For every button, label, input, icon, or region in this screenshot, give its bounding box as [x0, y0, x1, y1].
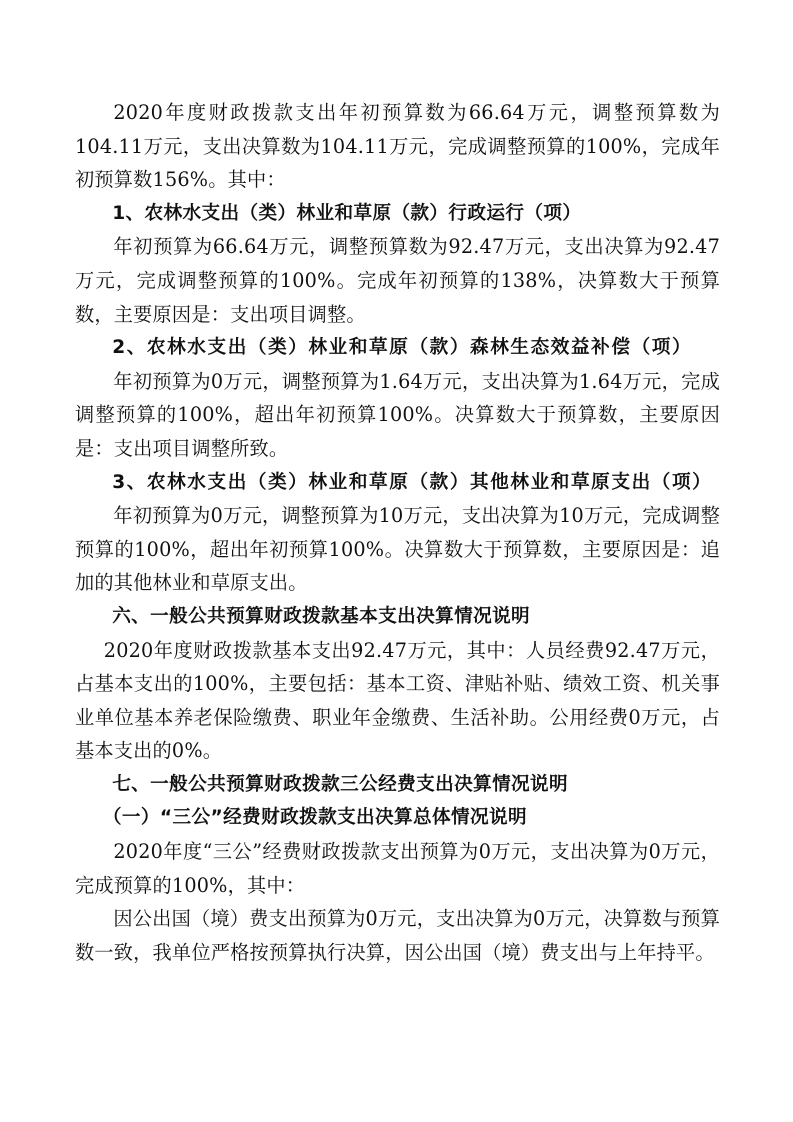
paragraph-overseas-travel: 因公出国（境）费支出预算为0万元，支出决算为0万元，决算数与预算数一致，我单位严…	[75, 902, 720, 969]
document-page: 2020年度财政拨款支出年初预算数为66.64万元，调整预算数为104.11万元…	[75, 96, 720, 969]
heading-section-6-basic-expenditure: 六、一般公共预算财政拨款基本支出决算情况说明	[75, 600, 720, 634]
paragraph-item-3: 年初预算为0万元，调整预算为10万元，支出决算为10万元，完成调整预算的100%…	[75, 499, 720, 600]
heading-item-1-administrative-operation: 1、农林水支出（类）林业和草原（款）行政运行（项）	[75, 197, 720, 231]
paragraph-three-public-overall: 2020年度“三公”经费财政拨款支出预算为0万元，支出决算为0万元，完成预算的1…	[75, 835, 720, 902]
paragraph-budget-summary: 2020年度财政拨款支出年初预算数为66.64万元，调整预算数为104.11万元…	[75, 96, 720, 197]
heading-section-7-three-public-expenses: 七、一般公共预算财政拨款三公经费支出决算情况说明	[75, 768, 720, 802]
heading-item-3-other-forestry-expenditure: 3、农林水支出（类）林业和草原（款）其他林业和草原支出（项）	[75, 466, 720, 500]
paragraph-item-2: 年初预算为0万元，调整预算为1.64万元，支出决算为1.64万元，完成调整预算的…	[75, 365, 720, 466]
paragraph-item-1: 年初预算为66.64万元，调整预算数为92.47万元，支出决算为92.47万元，…	[75, 230, 720, 331]
heading-item-2-forest-ecological-compensation: 2、农林水支出（类）林业和草原（款）森林生态效益补偿（项）	[75, 331, 720, 365]
subheading-three-public-overall: （一）“三公”经费财政拨款支出决算总体情况说明	[75, 801, 720, 835]
paragraph-section-6: 2020年度财政拨款基本支出92.47万元，其中：人员经费92.47万元，占基本…	[75, 634, 720, 768]
